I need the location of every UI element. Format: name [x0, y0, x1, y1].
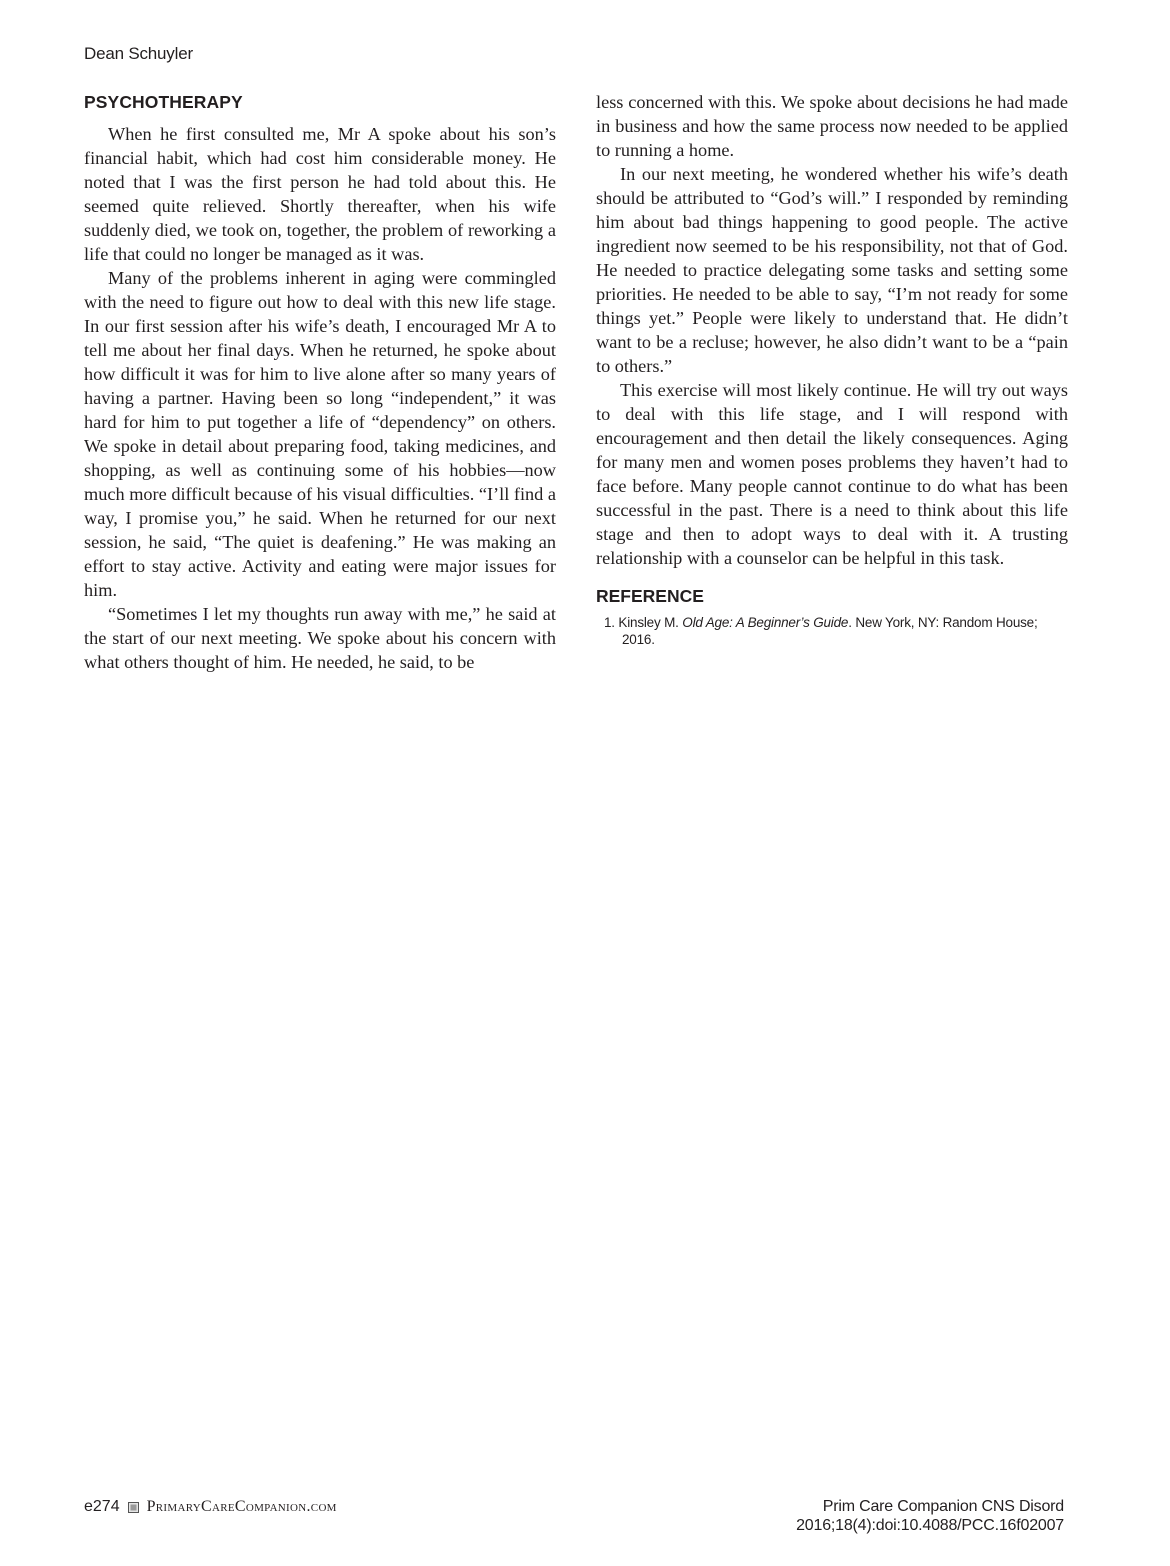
- reference-item: 1. Kinsley M. Old Age: A Beginner’s Guid…: [596, 614, 1068, 648]
- left-column: PSYCHOTHERAPY When he first consulted me…: [84, 90, 556, 674]
- doi-citation: 2016;18(4):doi:10.4088/PCC.16f02007: [796, 1516, 1064, 1535]
- page-number: e274: [84, 1498, 120, 1516]
- reference-number: 1.: [604, 615, 615, 630]
- body-paragraph: When he first consulted me, Mr A spoke a…: [84, 122, 556, 266]
- right-column: less concerned with this. We spoke about…: [596, 90, 1068, 648]
- square-separator-icon: [128, 1502, 139, 1513]
- running-head-author: Dean Schuyler: [84, 44, 193, 64]
- section-heading-psychotherapy: PSYCHOTHERAPY: [84, 90, 556, 114]
- reference-list: 1. Kinsley M. Old Age: A Beginner’s Guid…: [596, 614, 1068, 648]
- footer-citation: Prim Care Companion CNS Disord 2016;18(4…: [796, 1497, 1064, 1535]
- reference-title: Old Age: A Beginner’s Guide: [682, 615, 848, 630]
- journal-name: Prim Care Companion CNS Disord: [796, 1497, 1064, 1516]
- body-paragraph: Many of the problems inherent in aging w…: [84, 266, 556, 602]
- body-paragraph-continued: less concerned with this. We spoke about…: [596, 90, 1068, 162]
- body-paragraph: This exercise will most likely continue.…: [596, 378, 1068, 570]
- footer-left: e274 PrimaryCareCompanion.com: [84, 1498, 337, 1516]
- body-paragraph: “Sometimes I let my thoughts run away wi…: [84, 602, 556, 674]
- site-link[interactable]: PrimaryCareCompanion.com: [147, 1498, 337, 1516]
- reference-author: Kinsley M.: [618, 615, 678, 630]
- reference-heading: REFERENCE: [596, 584, 1068, 608]
- body-paragraph: In our next meeting, he wondered whether…: [596, 162, 1068, 378]
